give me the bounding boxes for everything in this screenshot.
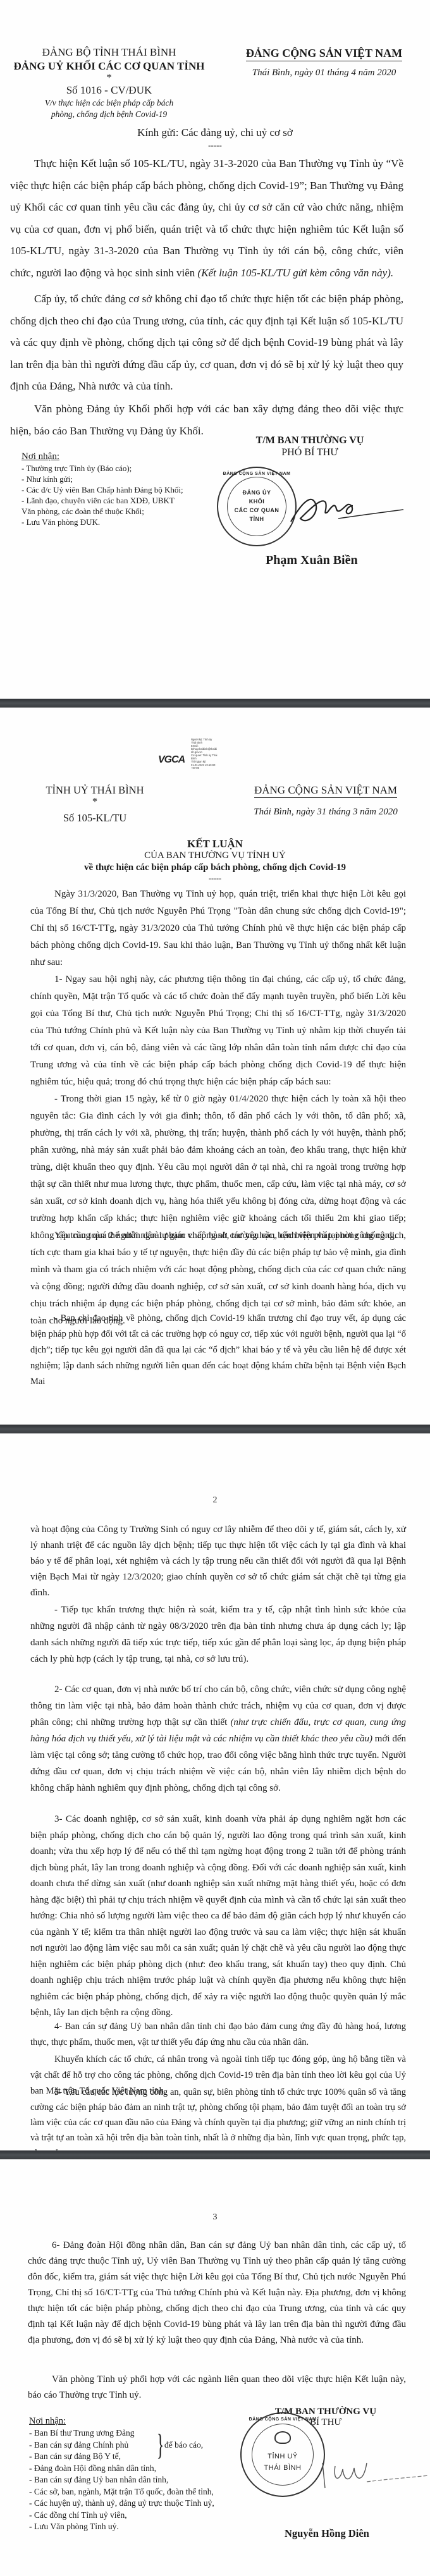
item-1-bullet-isolation: - Trong thời gian 15 ngày, kể từ 0 giờ n…	[30, 1091, 406, 1244]
item-4: 4- Ban cán sự đảng Uỷ ban nhân dân tỉnh …	[30, 2019, 406, 2051]
recipient-item: - Lưu Văn phòng ĐUK.	[21, 517, 224, 527]
recipient-item: - Ban Bí thư Trung ương Đảng	[29, 2427, 238, 2439]
recipients-title: Nơi nhận:	[29, 2415, 238, 2427]
page-separator	[0, 2150, 430, 2159]
page-separator	[0, 699, 430, 708]
page-cong-van-1016: ĐẢNG BỘ TỈNH THÁI BÌNH ĐẢNG UỶ KHỐI CÁC …	[0, 0, 430, 699]
page-ket-luan-3: 3 6- Đảng đoàn Hội đồng nhân dân, Ban cá…	[0, 2159, 430, 2576]
vgca-signature-info: Người ký: Tỉnh ủyThái BìnhEmail:tinhuy.t…	[191, 738, 228, 770]
national-block: ĐẢNG CỘNG SẢN VIỆT NAM Thái Bình, ngày 3…	[221, 783, 430, 818]
recipient-item: - Lãnh đạo, chuyên viên các ban XDĐ, UBK…	[21, 495, 224, 506]
recipient-item: - Thường trực Tỉnh ủy (Báo cáo);	[21, 463, 224, 474]
recipient-item: - Các huyện uỷ, thành uỷ, đảng uỷ trực t…	[29, 2498, 238, 2510]
doc-title: KẾT LUẬN	[0, 838, 430, 850]
org-parent: ĐẢNG BỘ TỈNH THÁI BÌNH	[0, 46, 218, 59]
sign-title: PHÓ BÍ THƯ	[240, 447, 379, 458]
signer-name: Nguyễn Hồng Diên	[285, 2527, 369, 2540]
issuer-block: TỈNH UỶ THÁI BÌNH * Số 105-KL/TU	[19, 783, 171, 825]
stamp-ring-text: ĐẢNG CỘNG SẢN VIỆT NAM	[218, 472, 295, 476]
vgca-logo-icon: VGCA	[158, 754, 185, 766]
office-followup: Văn phòng Tỉnh uỷ phối hợp với các ngành…	[28, 2372, 406, 2403]
tracing-continued: và hoạt động của Công ty Trường Sinh có …	[30, 1522, 406, 1601]
recipient-item: - Các đ/c Uỷ viên Ban Chấp hành Đảng bộ …	[21, 484, 224, 495]
item-1: 1- Ngay sau hội nghị này, các phương tiệ…	[30, 971, 406, 1091]
paragraph-1-text: Thực hiện Kết luận số 105-KL/TU, ngày 31…	[10, 157, 403, 279]
item-5: 5- Yêu cầu các lực lượng công an, quân s…	[30, 2085, 406, 2150]
recipient-item: - Các sở, ban, ngành, Mặt trận Tổ quốc, …	[29, 2486, 238, 2498]
doc-subtitle: CỦA BAN THƯỜNG VỤ TỈNH UỶ	[0, 850, 430, 861]
item-2: 2- Các cơ quan, đơn vị nhà nước bố trí c…	[30, 1681, 406, 1796]
dashes: -----	[0, 140, 430, 150]
recipient-item: - Lưu Văn phòng Tỉnh uỷ.	[29, 2521, 238, 2533]
star-mark: *	[19, 797, 171, 806]
brace-icon: }	[157, 2430, 164, 2460]
document-number: Số 1016 - CV/ĐUK	[0, 83, 218, 97]
issue-date: Thái Bình, ngày 31 tháng 3 năm 2020	[221, 807, 430, 818]
recipient-line: Kính gửi: Các đảng uỷ, chi uỷ cơ sở	[0, 126, 430, 139]
digital-signature-box: VGCA Người ký: Tỉnh ủyThái BìnhEmail:tin…	[158, 738, 228, 781]
dashes: -----	[0, 874, 430, 883]
item-1-bullet-entry-check: - Tiếp tục khẩn trương thực hiện rà soát…	[30, 1602, 406, 1667]
paragraph-2: Cấp ủy, tổ chức đảng cơ sở không chỉ đạo…	[10, 288, 403, 398]
document-number: Số 105-KL/TU	[19, 811, 171, 825]
item-3: 3- Các doanh nghiệp, cơ sở sản xuất, kin…	[30, 1812, 406, 2021]
page-separator	[0, 1425, 430, 1433]
page-number: 2	[0, 1495, 430, 1506]
page-ket-luan-2: 2 và hoạt động của Công ty Trường Sinh c…	[0, 1433, 430, 2150]
doc-subject: về thực hiện các biện pháp cấp bách phòn…	[0, 862, 430, 873]
issue-date: Thái Bình, ngày 01 tháng 4 năm 2020	[218, 68, 430, 78]
signer-name: Phạm Xuân Biền	[266, 553, 358, 568]
intro-paragraph: Ngày 31/3/2020, Ban Thường vụ Tỉnh uỷ họ…	[30, 886, 406, 971]
item-1-bullet-tracing: - Ban chỉ đạo tỉnh về phòng, chống dịch …	[30, 1311, 406, 1390]
recipients-group-note: để báo cáo,	[164, 2439, 203, 2451]
subject-line-1: V/v thực hiện các biện pháp cấp bách	[0, 97, 218, 109]
recipient-item: - Ban cán sự đảng Chính phủ	[29, 2439, 238, 2451]
recipients-title: Nơi nhận:	[21, 450, 224, 463]
paragraph-1: Thực hiện Kết luận số 105-KL/TU, ngày 31…	[10, 153, 403, 284]
hammer-sickle-emblem-icon	[274, 2431, 291, 2444]
recipient-item: - Các đồng chí Tỉnh uỷ viên,	[29, 2510, 238, 2522]
paragraph-1-italic: (Kết luận 105-KL/TU gửi kèm công văn này…	[198, 267, 394, 279]
handwritten-signature-icon	[278, 487, 405, 531]
recipients-list: Nơi nhận: - Thường trực Tỉnh ủy (Báo cáo…	[21, 450, 224, 527]
page-number: 3	[0, 2212, 430, 2223]
subject-line-2: phòng, chống dịch bệnh Covid-19	[0, 109, 218, 120]
recipients-group-report: - Ban Bí thư Trung ương Đảng - Ban cán s…	[29, 2427, 238, 2463]
national-title: ĐẢNG CỘNG SẢN VIỆT NAM	[246, 46, 402, 61]
page-ket-luan-1: VGCA Người ký: Tỉnh ủyThái BìnhEmail:tin…	[0, 708, 430, 1425]
national-title: ĐẢNG CỘNG SẢN VIỆT NAM	[254, 783, 397, 798]
sign-on-behalf: T/M BAN THƯỜNG VỤ	[240, 435, 379, 446]
recipient-item: - Đảng đoàn Hội đồng nhân dân tỉnh,	[29, 2463, 238, 2475]
national-block: ĐẢNG CỘNG SẢN VIỆT NAM Thái Bình, ngày 0…	[218, 46, 430, 78]
issuer-block: ĐẢNG BỘ TỈNH THÁI BÌNH ĐẢNG UỶ KHỐI CÁC …	[0, 46, 218, 120]
handwritten-signature-icon	[304, 2456, 430, 2494]
recipients-list: Nơi nhận: - Ban Bí thư Trung ương Đảng -…	[29, 2415, 238, 2533]
stamp-ring-text: ĐẢNG CỘNG SẢN VIỆT NAM	[242, 2417, 324, 2422]
recipient-item: - Ban cán sự đảng Bộ Y tế,	[29, 2451, 238, 2463]
item-6: 6- Đảng đoàn Hội đồng nhân dân, Ban cán …	[28, 2238, 406, 2348]
recipient-item: Văn phòng, các đoàn thể thuộc Khối;	[21, 506, 224, 517]
star-mark: *	[0, 73, 218, 82]
recipient-item: - Như kính gửi;	[21, 474, 224, 484]
recipient-item: - Ban cán sự đảng Uỷ ban nhân dân tỉnh,	[29, 2474, 238, 2486]
